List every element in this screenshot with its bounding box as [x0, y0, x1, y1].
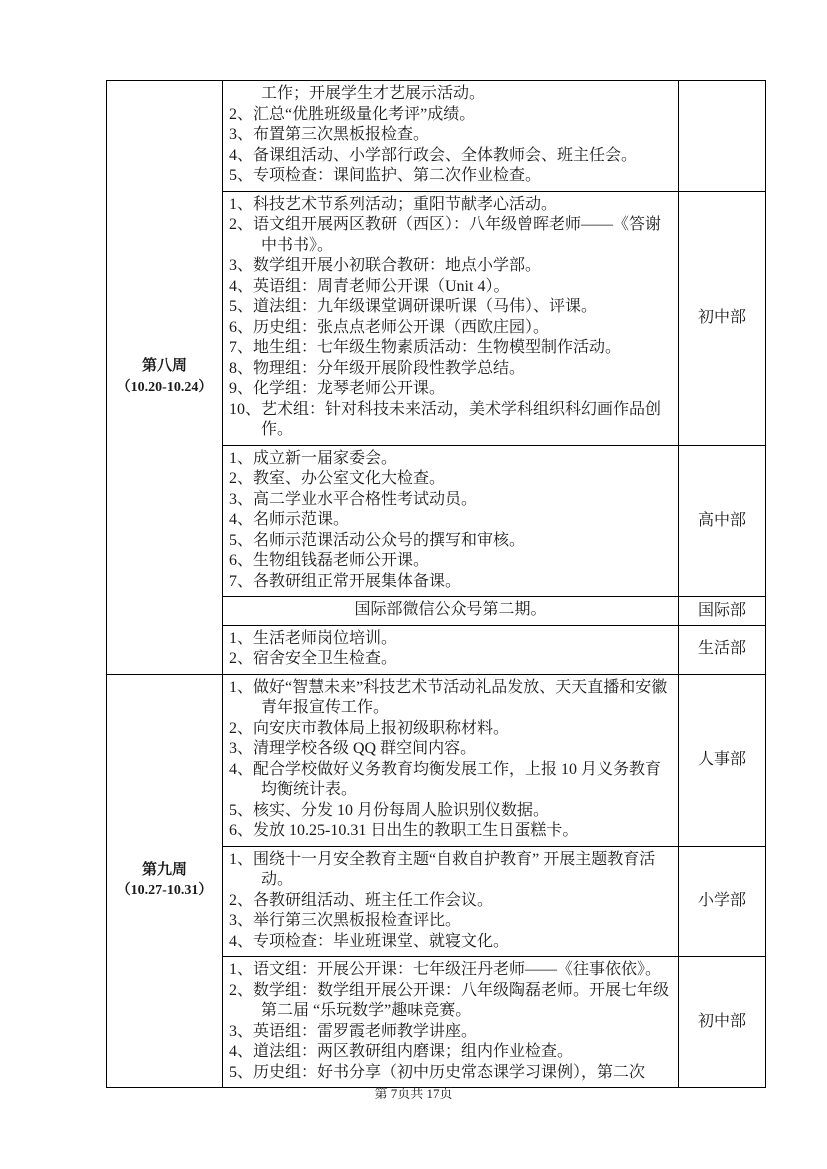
dept-cell: [679, 81, 766, 192]
task-item: 6、历史组：张点点老师公开课（西欧庄园）。: [229, 318, 672, 339]
task-item: 5、道法组：九年级课堂调研课听课（马伟）、评课。: [229, 297, 672, 318]
task-item: 4、道法组：两区教研组内磨课；组内作业检查。: [229, 1042, 672, 1063]
task-item: 4、英语组：周青老师公开课（Unit 4）。: [229, 277, 672, 298]
task-item: 3、举行第三次黑板报检查评比。: [229, 911, 672, 932]
task-item: 2、数学组：数学组开展公开课：八年级陶磊老师。开展七年级第二届 “乐玩数学”趣味…: [229, 981, 672, 1022]
week-dates: （10.20-10.24）: [108, 378, 221, 399]
task-item: 2、各教研组活动、班主任工作会议。: [229, 891, 672, 912]
task-item: 4、备课组活动、小学部行政会、全体教师会、班主任会。: [229, 146, 672, 167]
schedule-table: 第八周（10.20-10.24）工作；开展学生才艺展示活动。2、汇总“优胜班级量…: [106, 80, 766, 1088]
task-item: 1、做好“智慧未来”科技艺术节活动礼品发放、天天直播和安徽青年报宣传工作。: [229, 678, 672, 719]
task-item: 8、物理组：分年级开展阶段性教学总结。: [229, 359, 672, 380]
task-item: 6、发放 10.25-10.31 日出生的教职工生日蛋糕卡。: [229, 821, 672, 842]
task-item: 2、语文组开展两区教研（西区）：八年级曾晖老师——《答谢中书书》。: [229, 215, 672, 256]
dept-cell: 生活部: [679, 625, 766, 674]
table-row: 第八周（10.20-10.24）工作；开展学生才艺展示活动。2、汇总“优胜班级量…: [107, 81, 766, 192]
week-title: 第八周: [108, 356, 221, 377]
task-item: 1、科技艺术节系列活动；重阳节献孝心活动。: [229, 195, 672, 216]
page-footer: 第 7页共 17页: [0, 1083, 827, 1102]
task-item: 4、专项检查：毕业班课堂、就寝文化。: [229, 932, 672, 953]
task-item: 7、地生组：七年级生物素质活动：生物模型制作活动。: [229, 338, 672, 359]
week-cell: 第九周（10.27-10.31）: [107, 674, 223, 1088]
content-cell: 国际部微信公众号第二期。: [223, 597, 679, 626]
task-item: 9、化学组：龙琴老师公开课。: [229, 379, 672, 400]
task-item: 2、向安庆市教体局上报初级职称材料。: [229, 719, 672, 740]
content-cell: 1、语文组：开展公开课：七年级汪丹老师——《往事依依》。2、数学组：数学组开展公…: [223, 957, 679, 1088]
task-item: 1、生活老师岗位培训。: [229, 629, 672, 650]
content-cell: 1、围绕十一月安全教育主题“自救自护教育” 开展主题教育活动。2、各教研组活动、…: [223, 846, 679, 957]
task-item: 1、围绕十一月安全教育主题“自救自护教育” 开展主题教育活动。: [229, 850, 672, 891]
dept-cell: 初中部: [679, 957, 766, 1088]
task-item: 3、清理学校各级 QQ 群空间内容。: [229, 739, 672, 760]
schedule-tbody: 第八周（10.20-10.24）工作；开展学生才艺展示活动。2、汇总“优胜班级量…: [107, 81, 766, 1088]
content-cell: 1、生活老师岗位培训。2、宿舍安全卫生检查。: [223, 625, 679, 674]
task-item: 2、宿舍安全卫生检查。: [229, 649, 672, 670]
task-item: 1、成立新一届家委会。: [229, 449, 672, 470]
document-page: 第八周（10.20-10.24）工作；开展学生才艺展示活动。2、汇总“优胜班级量…: [0, 0, 827, 1169]
dept-cell: 人事部: [679, 674, 766, 846]
week-cell: 第八周（10.20-10.24）: [107, 81, 223, 675]
week-title: 第九周: [108, 860, 221, 881]
dept-cell: 国际部: [679, 597, 766, 626]
task-item: 3、高二学业水平合格性考试动员。: [229, 490, 672, 511]
task-item: 4、名师示范课。: [229, 510, 672, 531]
task-item: 5、核实、分发 10 月份每周人脸识别仪数据。: [229, 801, 672, 822]
task-item: 4、配合学校做好义务教育均衡发展工作，上报 10 月义务教育均衡统计表。: [229, 760, 672, 801]
dept-cell: 高中部: [679, 445, 766, 597]
task-item: 3、数学组开展小初联合教研：地点小学部。: [229, 256, 672, 277]
task-item: 3、布置第三次黑板报检查。: [229, 125, 672, 146]
task-item: 5、历史组：好书分享（初中历史常态课学习课例），第二次: [229, 1063, 672, 1084]
dept-cell: 初中部: [679, 191, 766, 445]
dept-cell: 小学部: [679, 846, 766, 957]
task-item: 7、各教研组正常开展集体备课。: [229, 572, 672, 593]
task-item: 10、艺术组：针对科技未来活动，美术学科组织科幻画作品创作。: [229, 400, 672, 441]
task-item: 5、专项检查：课间监护、第二次作业检查。: [229, 166, 672, 187]
task-item: 工作；开展学生才艺展示活动。: [229, 84, 672, 105]
task-item: 1、语文组：开展公开课：七年级汪丹老师——《往事依依》。: [229, 960, 672, 981]
content-cell: 1、做好“智慧未来”科技艺术节活动礼品发放、天天直播和安徽青年报宣传工作。2、向…: [223, 674, 679, 846]
content-cell: 1、科技艺术节系列活动；重阳节献孝心活动。2、语文组开展两区教研（西区）：八年级…: [223, 191, 679, 445]
task-item: 2、汇总“优胜班级量化考评”成绩。: [229, 105, 672, 126]
task-item: 5、名师示范课活动公众号的撰写和审核。: [229, 531, 672, 552]
week-dates: （10.27-10.31）: [108, 881, 221, 902]
task-item: 6、生物组钱磊老师公开课。: [229, 551, 672, 572]
table-row: 第九周（10.27-10.31）1、做好“智慧未来”科技艺术节活动礼品发放、天天…: [107, 674, 766, 846]
task-item: 3、英语组：雷罗霞老师教学讲座。: [229, 1022, 672, 1043]
content-cell: 1、成立新一届家委会。2、教室、办公室文化大检查。3、高二学业水平合格性考试动员…: [223, 445, 679, 597]
task-item: 2、教室、办公室文化大检查。: [229, 469, 672, 490]
content-cell: 工作；开展学生才艺展示活动。2、汇总“优胜班级量化考评”成绩。3、布置第三次黑板…: [223, 81, 679, 192]
task-item: 国际部微信公众号第二期。: [229, 600, 672, 621]
